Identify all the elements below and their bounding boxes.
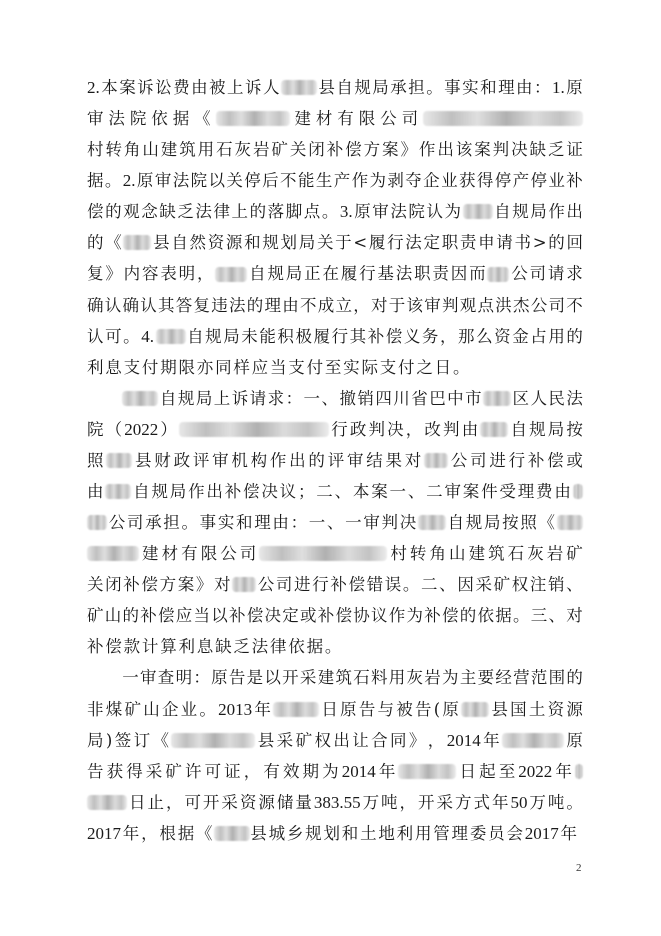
text-glyph: 为 bbox=[442, 662, 459, 693]
text-glyph: 对 bbox=[214, 569, 231, 600]
text-glyph: 年 bbox=[561, 818, 578, 849]
text-glyph: 内 bbox=[124, 258, 141, 289]
text-glyph: 务 bbox=[422, 321, 439, 352]
text-glyph: 2017 bbox=[525, 818, 559, 849]
text-glyph: 。 bbox=[325, 631, 342, 662]
text-glyph: > bbox=[533, 227, 547, 258]
text-glyph: 村 bbox=[390, 538, 407, 569]
text-glyph: 偿 bbox=[442, 600, 459, 631]
text-glyph: 主 bbox=[460, 662, 477, 693]
text-glyph: 局 bbox=[299, 227, 316, 258]
text-glyph: ， bbox=[141, 818, 158, 849]
text-glyph: 自 bbox=[336, 72, 353, 103]
text-glyph: 法 bbox=[396, 258, 413, 289]
text-glyph: 原 bbox=[340, 694, 357, 725]
text-glyph: 那 bbox=[458, 321, 475, 352]
text-glyph: 议 bbox=[371, 600, 388, 631]
text-glyph: 矿 bbox=[494, 569, 511, 600]
text-glyph: 停 bbox=[495, 165, 512, 196]
text-glyph: 能 bbox=[259, 321, 276, 352]
text-glyph: ) bbox=[106, 725, 112, 756]
text-line: 日止，可开采资源储量383.55万吨，开采方式年50万吨。 bbox=[87, 787, 583, 818]
text-glyph: 案 bbox=[382, 134, 399, 165]
text-glyph: 应 bbox=[252, 352, 269, 383]
text-glyph: 限 bbox=[201, 538, 218, 569]
text-glyph: 县 bbox=[250, 818, 267, 849]
redacted-text bbox=[259, 546, 387, 561]
redacted-text bbox=[171, 733, 255, 748]
text-glyph: 县 bbox=[258, 725, 275, 756]
text-glyph: 企 bbox=[423, 165, 440, 196]
text-glyph: 由 bbox=[554, 476, 571, 507]
text-glyph: 告 bbox=[229, 662, 246, 693]
text-glyph: 会 bbox=[506, 818, 523, 849]
text-glyph: 利 bbox=[178, 631, 195, 662]
text-glyph: 后 bbox=[262, 165, 279, 196]
text-glyph: 《 bbox=[153, 725, 170, 756]
text-glyph: 乏 bbox=[233, 631, 250, 662]
text-glyph: 为 bbox=[445, 196, 462, 227]
text-glyph: 而 bbox=[469, 258, 486, 289]
text-glyph: 一 bbox=[122, 662, 139, 693]
text-glyph: 石 bbox=[508, 538, 525, 569]
text-glyph: 的 bbox=[548, 227, 565, 258]
text-glyph: 作 bbox=[188, 476, 205, 507]
text-glyph: 局 bbox=[223, 321, 240, 352]
text-glyph: 、 bbox=[335, 476, 352, 507]
text-glyph: 依 bbox=[151, 103, 168, 134]
text-glyph: 产 bbox=[513, 165, 530, 196]
text-glyph: 进 bbox=[489, 445, 506, 476]
text-glyph: 公 bbox=[220, 538, 237, 569]
text-glyph: 。 bbox=[322, 196, 339, 227]
text-glyph: 局 bbox=[372, 72, 389, 103]
text-glyph: 上 bbox=[214, 383, 231, 414]
text-glyph: 息 bbox=[197, 631, 214, 662]
text-glyph: 上 bbox=[232, 196, 249, 227]
text-glyph: 讼 bbox=[155, 72, 172, 103]
text-glyph: 据 bbox=[173, 103, 190, 134]
text-glyph: 企 bbox=[162, 694, 179, 725]
text-line: 公司承担。事实和理由：一、一审判决自规局按照《 bbox=[87, 507, 583, 538]
text-glyph: 审 bbox=[444, 476, 461, 507]
text-glyph: 是 bbox=[247, 662, 264, 693]
text-glyph: 补 bbox=[528, 445, 545, 476]
text-glyph: 算 bbox=[160, 631, 177, 662]
text-glyph: 审 bbox=[87, 103, 104, 134]
text-glyph: 乏 bbox=[548, 134, 565, 165]
text-glyph: ， bbox=[406, 414, 423, 445]
text-glyph: 剥 bbox=[387, 165, 404, 196]
text-glyph: 、 bbox=[439, 569, 456, 600]
text-glyph: 据 bbox=[87, 165, 104, 196]
text-glyph: 决 bbox=[265, 600, 282, 631]
text-glyph: 岩 bbox=[424, 662, 441, 693]
text-glyph: 自 bbox=[249, 258, 266, 289]
text-glyph: 补 bbox=[225, 476, 242, 507]
text-glyph: 山 bbox=[449, 538, 466, 569]
text-glyph: 开 bbox=[418, 787, 435, 818]
text-line: 2017年，根据《县城乡规划和土地利用管理委员会2017年 bbox=[87, 818, 583, 849]
redacted-text bbox=[216, 111, 290, 126]
text-glyph: 方 bbox=[455, 787, 472, 818]
text-glyph: 由 bbox=[272, 507, 289, 538]
redacted-text bbox=[273, 702, 319, 717]
text-glyph: 公 bbox=[451, 445, 468, 476]
text-glyph: 材 bbox=[316, 103, 333, 134]
text-glyph: 《 bbox=[539, 507, 556, 538]
text-glyph: 建 bbox=[294, 103, 311, 134]
text-glyph: 划 bbox=[281, 227, 298, 258]
text-glyph: 照 bbox=[87, 445, 104, 476]
text-glyph: 材 bbox=[162, 538, 179, 569]
text-glyph: 实 bbox=[218, 507, 235, 538]
text-glyph: 实 bbox=[462, 72, 479, 103]
text-glyph: 人 bbox=[263, 72, 280, 103]
text-glyph: ， bbox=[244, 756, 261, 787]
text-glyph: 当 bbox=[194, 600, 211, 631]
text-glyph: 可 bbox=[205, 756, 222, 787]
text-glyph: 上 bbox=[227, 72, 244, 103]
redacted-text bbox=[557, 515, 583, 530]
text-glyph: 样 bbox=[233, 352, 250, 383]
text-glyph: 理 bbox=[452, 818, 469, 849]
text-glyph: 山 bbox=[105, 600, 122, 631]
text-glyph: 省 bbox=[411, 383, 428, 414]
text-glyph: 告 bbox=[359, 694, 376, 725]
text-glyph: 局 bbox=[548, 414, 565, 445]
text-glyph: 认 bbox=[87, 321, 104, 352]
redacted-text bbox=[87, 515, 107, 530]
text-glyph: 闭 bbox=[105, 569, 122, 600]
text-glyph: 矿 bbox=[165, 756, 182, 787]
text-glyph: 至 bbox=[325, 352, 342, 383]
text-glyph: 有 bbox=[263, 756, 280, 787]
text-glyph: 不 bbox=[566, 290, 583, 321]
text-glyph: 开 bbox=[282, 662, 299, 693]
text-glyph: 划 bbox=[323, 818, 340, 849]
text-glyph: 权 bbox=[512, 569, 529, 600]
text-glyph: 支 bbox=[380, 352, 397, 383]
text-glyph: 容 bbox=[142, 258, 159, 289]
text-glyph: 订 bbox=[134, 725, 151, 756]
text-glyph: 围 bbox=[549, 662, 566, 693]
redacted-text bbox=[123, 235, 151, 250]
text-glyph: 员 bbox=[488, 818, 505, 849]
text-glyph: 理 bbox=[265, 290, 282, 321]
text-glyph: 杰 bbox=[513, 290, 530, 321]
text-glyph: 县 bbox=[318, 72, 335, 103]
text-glyph: 起 bbox=[479, 756, 496, 787]
redacted-text bbox=[232, 577, 256, 592]
text-glyph: 角 bbox=[124, 134, 141, 165]
text-glyph: ： bbox=[534, 72, 551, 103]
text-glyph: 》 bbox=[105, 258, 122, 289]
text-glyph: 司 bbox=[530, 258, 547, 289]
text-glyph: 公 bbox=[258, 569, 275, 600]
text-glyph: 作 bbox=[270, 445, 287, 476]
text-glyph: 二 bbox=[426, 476, 443, 507]
text-glyph: 履 bbox=[369, 227, 386, 258]
text-glyph: 局 bbox=[170, 476, 187, 507]
text-glyph: 法 bbox=[173, 165, 190, 196]
text-glyph: 自 bbox=[187, 321, 204, 352]
text-glyph: 用 bbox=[198, 134, 215, 165]
text-glyph: 得 bbox=[126, 756, 143, 787]
text-glyph: ） bbox=[160, 414, 177, 445]
text-glyph: 请 bbox=[250, 383, 267, 414]
text-glyph: 偿 bbox=[386, 321, 403, 352]
text-glyph: 矿 bbox=[566, 538, 583, 569]
text-line: 建材有限公司村转角山建筑石灰岩矿 bbox=[87, 538, 583, 569]
redacted-text bbox=[418, 515, 446, 530]
redacted-text bbox=[573, 484, 583, 499]
text-glyph: 院 bbox=[191, 165, 208, 196]
text-glyph: 付 bbox=[307, 352, 324, 383]
text-glyph: 效 bbox=[283, 756, 300, 787]
text-glyph: 、 bbox=[408, 476, 425, 507]
text-glyph: 年 bbox=[123, 818, 140, 849]
text-glyph: 利 bbox=[87, 352, 104, 383]
text-glyph: 的 bbox=[247, 290, 264, 321]
text-glyph: 审 bbox=[424, 290, 441, 321]
text-glyph: 局 bbox=[286, 258, 303, 289]
text-glyph: 回 bbox=[566, 227, 583, 258]
paragraph: 一审查明：原告是以开采建筑石料用灰岩为主要经营范围的非煤矿山企业。2013年日原… bbox=[87, 662, 583, 848]
text-glyph: 付 bbox=[398, 352, 415, 383]
redacted-text bbox=[281, 80, 317, 95]
text-glyph: 的 bbox=[460, 600, 477, 631]
text-glyph: 际 bbox=[361, 352, 378, 383]
text-glyph: 营 bbox=[513, 662, 530, 693]
text-glyph: 占 bbox=[530, 321, 547, 352]
text-glyph: ， bbox=[353, 290, 370, 321]
text-glyph: 原 bbox=[566, 72, 583, 103]
text-glyph: 偿 bbox=[348, 569, 365, 600]
text-line: 据。2.原审法院以关停后不能生产作为剥夺企业获得停产停业补 bbox=[87, 165, 583, 196]
text-glyph: 出 bbox=[289, 445, 306, 476]
text-glyph: 吨 bbox=[548, 787, 565, 818]
paragraph: 自规局上诉请求：一、撤销四川省巴中市区人民法院（2022）行政判决，改判由自规局… bbox=[87, 383, 583, 663]
text-line: 自规局上诉请求：一、撤销四川省巴中市区人民法 bbox=[87, 383, 583, 414]
text-glyph: 么 bbox=[476, 321, 493, 352]
text-glyph: 认 bbox=[140, 290, 157, 321]
text-glyph: 因 bbox=[451, 258, 468, 289]
text-glyph: 诉 bbox=[232, 383, 249, 414]
redacted-text bbox=[502, 733, 564, 748]
text-glyph: 决 bbox=[261, 476, 278, 507]
text-glyph: 承 bbox=[390, 72, 407, 103]
text-glyph: 判 bbox=[368, 414, 385, 445]
text-line: 村转角山建筑用石灰岩矿关闭补偿方案》作出该案判决缺乏证 bbox=[87, 134, 583, 165]
text-glyph: 偿 bbox=[243, 476, 260, 507]
text-glyph: 民 bbox=[548, 383, 565, 414]
text-glyph: 山 bbox=[142, 134, 159, 165]
text-glyph: 土 bbox=[360, 818, 377, 849]
text-glyph: 行 bbox=[359, 258, 376, 289]
text-glyph: 公 bbox=[380, 103, 397, 134]
text-glyph: 用 bbox=[415, 818, 432, 849]
text-glyph: 采 bbox=[277, 725, 294, 756]
text-glyph: 和 bbox=[236, 507, 253, 538]
text-glyph: 偿 bbox=[105, 631, 122, 662]
text-glyph: 签 bbox=[115, 725, 132, 756]
text-glyph: 规 bbox=[205, 321, 222, 352]
text-glyph: 建 bbox=[469, 538, 486, 569]
text-glyph: 业 bbox=[181, 694, 198, 725]
text-glyph: 4. bbox=[141, 321, 154, 352]
text-glyph: 告 bbox=[415, 694, 432, 725]
text-glyph: 补 bbox=[123, 569, 140, 600]
text-glyph: 》 bbox=[400, 134, 417, 165]
text-glyph: 实 bbox=[343, 352, 360, 383]
text-glyph: ， bbox=[166, 787, 183, 818]
text-glyph: 出 bbox=[437, 134, 454, 165]
text-glyph: 。 bbox=[453, 352, 470, 383]
text-glyph: 矿 bbox=[87, 600, 104, 631]
text-glyph: 转 bbox=[410, 538, 427, 569]
text-glyph: 经 bbox=[495, 662, 512, 693]
text-glyph: 司 bbox=[127, 507, 144, 538]
text-glyph: 书 bbox=[515, 227, 532, 258]
text-glyph: 停 bbox=[531, 165, 548, 196]
text-glyph: 偿 bbox=[336, 600, 353, 631]
text-glyph: 受 bbox=[499, 476, 516, 507]
text-glyph: 求 bbox=[268, 383, 285, 414]
text-glyph: 采 bbox=[475, 569, 492, 600]
text-glyph: 二 bbox=[421, 569, 438, 600]
text-glyph: 局 bbox=[484, 507, 501, 538]
text-glyph: 规 bbox=[262, 227, 279, 258]
text-glyph: 一 bbox=[304, 383, 321, 414]
text-line: 利息支付期限亦同样应当支付至实际支付之日。 bbox=[87, 352, 583, 383]
text-glyph: 限 bbox=[178, 352, 195, 383]
text-glyph: 件 bbox=[481, 476, 498, 507]
text-glyph: 判 bbox=[493, 134, 510, 165]
text-glyph: 理 bbox=[254, 507, 271, 538]
text-glyph: 积 bbox=[277, 321, 294, 352]
text-glyph: 请 bbox=[496, 227, 513, 258]
text-glyph: ： bbox=[193, 662, 210, 693]
text-glyph: 机 bbox=[231, 445, 248, 476]
text-glyph: 然 bbox=[190, 227, 207, 258]
text-glyph: 乡 bbox=[287, 818, 304, 849]
text-glyph: 本 bbox=[101, 72, 118, 103]
text-glyph: 或 bbox=[566, 445, 583, 476]
text-line: 由自规局作出补偿决议；二、本案一、二审案件受理费由 bbox=[87, 476, 583, 507]
text-glyph: 或 bbox=[300, 600, 317, 631]
text-glyph: 补 bbox=[318, 600, 335, 631]
text-glyph: 要 bbox=[478, 662, 495, 693]
text-glyph: 规 bbox=[267, 258, 284, 289]
text-glyph: 政 bbox=[174, 445, 191, 476]
text-glyph: 用 bbox=[548, 321, 565, 352]
text-glyph: 查 bbox=[158, 662, 175, 693]
text-glyph: 日 bbox=[129, 787, 146, 818]
text-glyph: 偿 bbox=[247, 600, 264, 631]
text-glyph: 量 bbox=[295, 787, 312, 818]
text-glyph: 储 bbox=[277, 787, 294, 818]
text-glyph: 灰 bbox=[407, 662, 424, 693]
text-glyph: 诉 bbox=[245, 72, 262, 103]
text-glyph: 公 bbox=[511, 258, 528, 289]
text-glyph: 让 bbox=[352, 725, 369, 756]
text-glyph: 同 bbox=[215, 352, 232, 383]
text-glyph: 案 bbox=[474, 134, 491, 165]
text-line: 非煤矿山企业。2013年日原告与被告(原县国土资源 bbox=[87, 694, 583, 725]
text-glyph: 规 bbox=[178, 383, 195, 414]
text-line: 复》内容表明，自规局正在履行基法职责因而公司请求 bbox=[87, 258, 583, 289]
text-glyph: 由 bbox=[87, 476, 104, 507]
text-glyph: 确 bbox=[123, 290, 140, 321]
text-glyph: 对 bbox=[566, 600, 583, 631]
text-glyph: 吨 bbox=[381, 787, 398, 818]
text-glyph: 局 bbox=[196, 383, 213, 414]
text-glyph: 筑 bbox=[335, 662, 352, 693]
text-glyph: 院 bbox=[87, 414, 104, 445]
text-glyph: 2014 bbox=[342, 756, 376, 787]
text-glyph: 按 bbox=[502, 507, 519, 538]
text-glyph: 审 bbox=[363, 507, 380, 538]
text-glyph: 局 bbox=[87, 725, 104, 756]
text-glyph: 灰 bbox=[235, 134, 252, 165]
text-glyph: 自 bbox=[133, 476, 150, 507]
text-glyph: 以 bbox=[208, 165, 225, 196]
text-glyph: 年 bbox=[492, 787, 509, 818]
text-glyph: 年 bbox=[483, 725, 500, 756]
text-glyph: 采 bbox=[437, 787, 454, 818]
text-glyph: 的 bbox=[566, 662, 583, 693]
text-glyph: 原 bbox=[137, 165, 154, 196]
redacted-text bbox=[87, 795, 127, 810]
text-line: 告获得采矿许可证，有效期为2014年日起至2022年 bbox=[87, 756, 583, 787]
text-glyph: 业 bbox=[441, 165, 458, 196]
redacted-text bbox=[122, 391, 158, 406]
text-glyph: 式 bbox=[473, 787, 490, 818]
text-glyph: 亦 bbox=[197, 352, 214, 383]
text-glyph: 关 bbox=[226, 165, 243, 196]
text-glyph: 村 bbox=[87, 134, 104, 165]
text-glyph: ， bbox=[440, 321, 457, 352]
text-glyph: 请 bbox=[548, 258, 565, 289]
text-glyph: 县 bbox=[153, 227, 170, 258]
text-glyph: 采 bbox=[300, 662, 317, 693]
text-line: 2.本案诉讼费由被上诉人县自规局承担。事实和理由：1.原 bbox=[87, 72, 583, 103]
text-glyph: 念 bbox=[141, 196, 158, 227]
document-body: 2.本案诉讼费由被上诉人县自规局承担。事实和理由：1.原审法院依据《建材有限公司… bbox=[87, 72, 583, 849]
text-glyph: 行 bbox=[312, 569, 329, 600]
text-glyph: 事 bbox=[444, 72, 461, 103]
text-glyph: 万 bbox=[529, 787, 546, 818]
text-glyph: 案 bbox=[119, 72, 136, 103]
text-glyph: 停 bbox=[244, 165, 261, 196]
text-glyph: 依 bbox=[288, 631, 305, 662]
text-glyph: 城 bbox=[269, 818, 286, 849]
text-glyph: 获 bbox=[459, 165, 476, 196]
text-glyph: 财 bbox=[154, 445, 171, 476]
text-glyph: 误 bbox=[385, 569, 402, 600]
redacted-text bbox=[487, 267, 509, 282]
text-glyph: 承 bbox=[145, 507, 162, 538]
text-glyph: 不 bbox=[280, 165, 297, 196]
text-glyph: 石 bbox=[216, 134, 233, 165]
text-glyph: 补 bbox=[140, 600, 157, 631]
text-glyph: ： bbox=[291, 507, 308, 538]
text-glyph: 其 bbox=[350, 321, 367, 352]
text-glyph: 被 bbox=[209, 72, 226, 103]
text-glyph: 由 bbox=[516, 72, 533, 103]
text-glyph: 以 bbox=[211, 600, 228, 631]
